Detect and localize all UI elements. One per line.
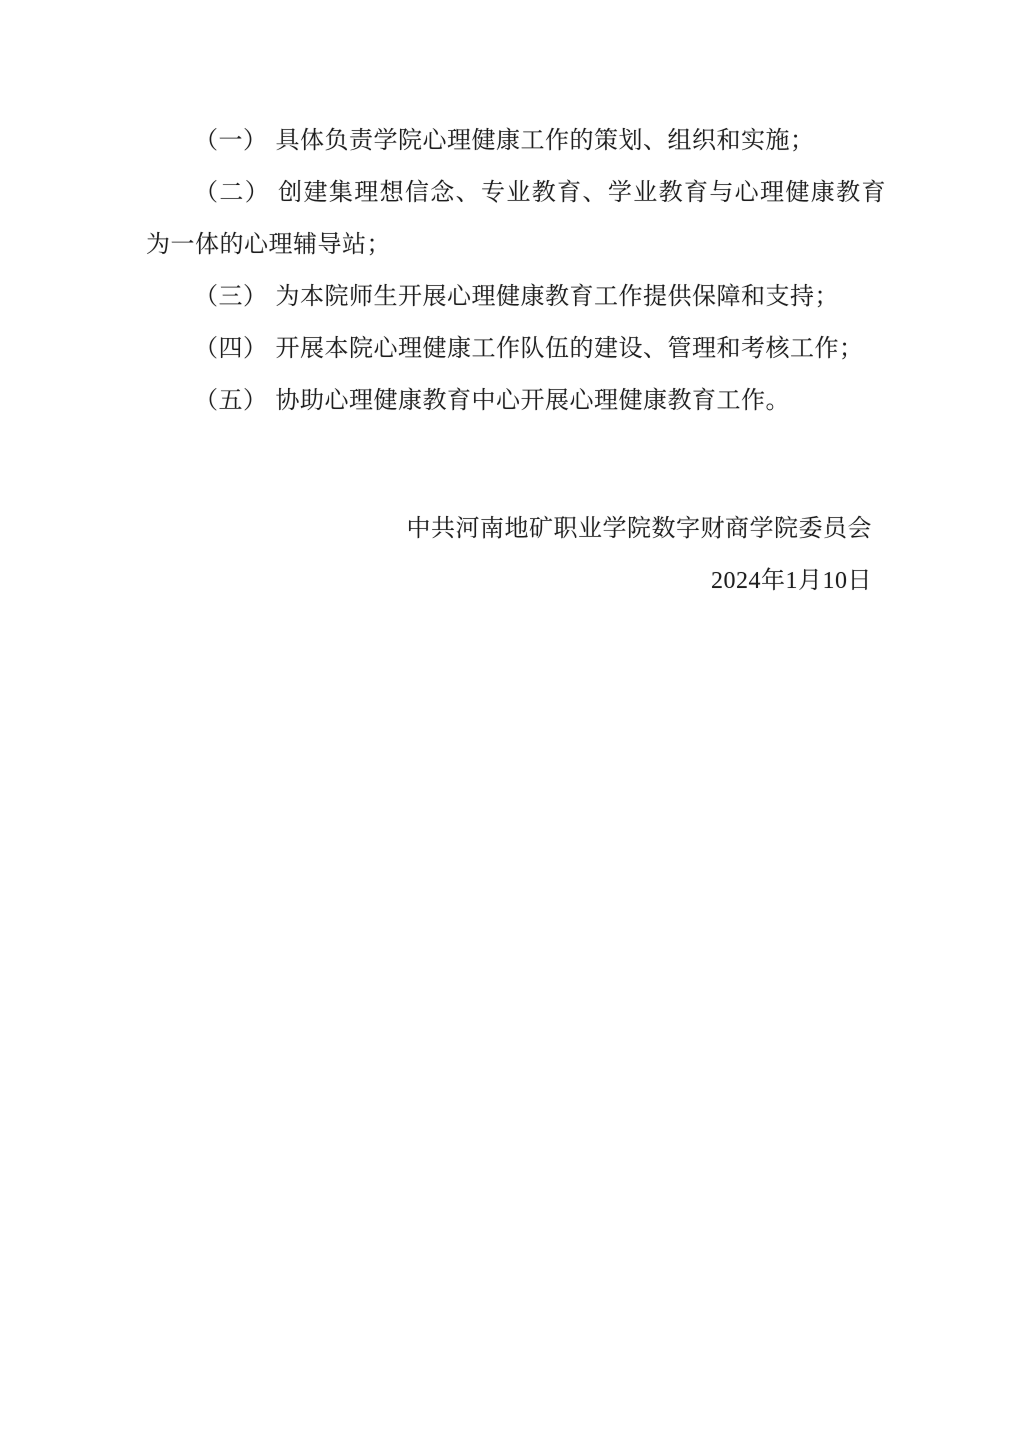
date-line: 2024年1月10日 xyxy=(146,555,886,607)
item-text: 为本院师生开展心理健康教育工作提供保障和支持； xyxy=(276,284,840,310)
list-item: （五）协助心理健康教育中心开展心理健康教育工作。 xyxy=(146,375,886,427)
document-page: （一）具体负责学院心理健康工作的策划、组织和实施； （二）创建集理想信念、专业教… xyxy=(0,0,1024,1449)
list-item: （一）具体负责学院心理健康工作的策划、组织和实施； xyxy=(146,115,886,167)
item-text: 开展本院心理健康工作队伍的建设、管理和考核工作； xyxy=(276,336,864,362)
item-number: （四） xyxy=(194,336,268,362)
closing-block: 中共河南地矿职业学院数字财商学院委员会 2024年1月10日 xyxy=(146,503,886,607)
list-item: （二）创建集理想信念、专业教育、学业教育与心理健康教育为一体的心理辅导站； xyxy=(146,167,886,271)
item-text: 具体负责学院心理健康工作的策划、组织和实施； xyxy=(276,128,815,154)
item-text: 协助心理健康教育中心开展心理健康教育工作。 xyxy=(276,388,791,414)
signature-line: 中共河南地矿职业学院数字财商学院委员会 xyxy=(146,503,886,555)
item-number: （三） xyxy=(194,284,268,310)
list-item: （四）开展本院心理健康工作队伍的建设、管理和考核工作； xyxy=(146,323,886,375)
item-number: （五） xyxy=(194,388,268,414)
document-body: （一）具体负责学院心理健康工作的策划、组织和实施； （二）创建集理想信念、专业教… xyxy=(146,115,886,607)
item-number: （二） xyxy=(194,180,270,206)
item-number: （一） xyxy=(194,128,268,154)
list-item: （三）为本院师生开展心理健康教育工作提供保障和支持； xyxy=(146,271,886,323)
